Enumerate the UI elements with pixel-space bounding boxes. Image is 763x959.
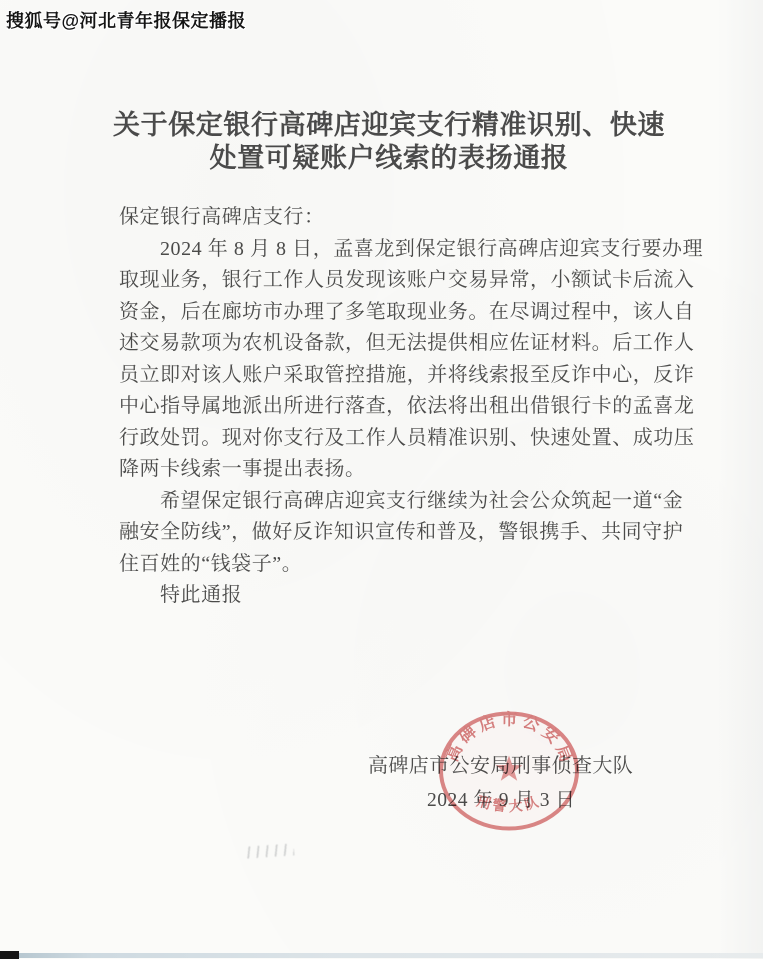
- body-line: 资金，后在廊坊市办理了多笔取现业务。在尽调过程中，该人自: [119, 297, 709, 329]
- body-line: 希望保定银行高碑店迎宾支行继续为社会公众筑起一道“金: [119, 486, 709, 518]
- body-line: 保定银行高碑店支行：: [119, 202, 709, 234]
- body-line: 中心指导属地派出所进行落查，依法将出租出借银行卡的孟喜龙: [119, 391, 709, 423]
- title-line: 处置可疑账户线索的表扬通报: [113, 142, 665, 175]
- body-line: 员立即对该人账户采取管控措施，并将线索报至反诈中心，反诈: [119, 360, 709, 392]
- scanned-document-page: 搜狐号@河北青年报保定播报 关于保定银行高碑店迎宾支行精准识别、快速处置可疑账户…: [0, 0, 763, 959]
- official-seal: 高碑店市公安局 刑警大队: [437, 707, 582, 834]
- pencil-smudge: [246, 843, 295, 858]
- body-line: 取现业务，银行工作人员发现该账户交易异常，小额试卡后流入: [119, 265, 709, 297]
- body-line: 特此通报: [119, 580, 709, 612]
- body-line: 融安全防线”，做好反诈知识宣传和普及，警银携手、共同守护: [119, 517, 709, 549]
- title-line: 关于保定银行高碑店迎宾支行精准识别、快速: [113, 109, 665, 142]
- body-line: 2024 年 8 月 8 日，孟喜龙到保定银行高碑店迎宾支行要办理: [119, 234, 709, 266]
- scan-corner-mark: [0, 951, 19, 959]
- document-body: 保定银行高碑店支行：2024 年 8 月 8 日，孟喜龙到保定银行高碑店迎宾支行…: [119, 202, 709, 612]
- body-line: 降两卡线索一事提出表扬。: [119, 454, 709, 486]
- document-title: 关于保定银行高碑店迎宾支行精准识别、快速处置可疑账户线索的表扬通报: [113, 109, 665, 175]
- body-line: 行政处罚。现对你支行及工作人员精准识别、快速处置、成功压: [119, 423, 709, 455]
- watermark-text: 搜狐号@河北青年报保定播报: [6, 7, 246, 33]
- body-line: 住百姓的“钱袋子”。: [119, 549, 709, 581]
- scan-edge-strip: [0, 953, 763, 958]
- body-line: 述交易款项为农机设备款，但无法提供相应佐证材料。后工作人: [119, 328, 709, 360]
